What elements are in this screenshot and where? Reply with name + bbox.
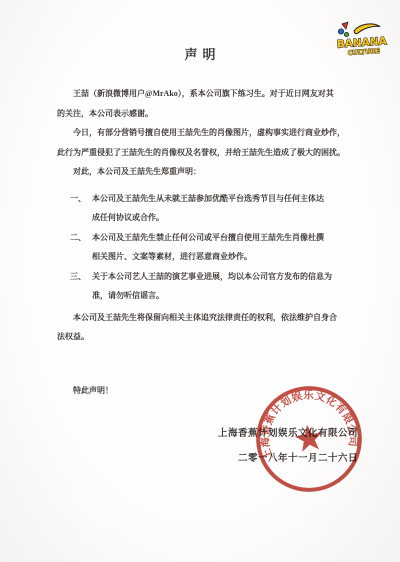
statement-date: 二零一八年十一月二十六日	[218, 447, 358, 472]
confetti-green-icon	[344, 32, 348, 36]
company-name: 上海香蕉计划娱乐文化有限公司	[218, 422, 358, 447]
signature-block: 上海香蕉计划娱乐文化有限公司 二零一八年十一月二十六日	[218, 422, 358, 472]
item-marker: 二、	[70, 228, 92, 267]
confetti-red-icon	[342, 22, 348, 29]
item-marker: 三、	[70, 267, 92, 306]
closing-statement: 特此声明！	[57, 381, 349, 401]
statement-document: BANANA CULTURE 声明 王喆（新浪微博用户@MrAko），系本公司旗…	[0, 0, 400, 562]
declaration-item-2: 二、 本公司及王喆先生禁止任何公司或平台擅自使用王喆先生肖像杜撰 相关图片、文案…	[57, 228, 349, 267]
paragraph-incident: 今日，有部分营销号擅自使用王喆先生的肖像图片，虚构事实进行商业炒作， 此行为严重…	[57, 123, 349, 162]
item-text: 本公司及王喆先生禁止任何公司或平台擅自使用王喆先生肖像杜撰 相关图片、文案等素材…	[92, 228, 349, 267]
paragraph-legal: 本公司及王喆先生将保留向相关主体追究法律责任的权利，依法维护自身合 法权益。	[57, 308, 349, 347]
document-body: 王喆（新浪微博用户@MrAko），系本公司旗下练习生。对于近日网友对其 的关注，…	[57, 84, 349, 408]
item-text: 关于本公司艺人王喆的演艺事业进展，均以本公司官方发布的信息为 准，请勿听信谣言。	[92, 267, 349, 306]
item-text: 本公司及王喆先生从未就王喆参加优酷平台选秀节目与任何主体达 成任何协议或合作。	[92, 189, 349, 228]
item-marker: 一、	[70, 189, 92, 228]
confetti-blue-icon	[338, 29, 343, 34]
declaration-item-1: 一、 本公司及王喆先生从未就王喆参加优酷平台选秀节目与任何主体达 成任何协议或合…	[57, 189, 349, 228]
declaration-list: 一、 本公司及王喆先生从未就王喆参加优酷平台选秀节目与任何主体达 成任何协议或合…	[57, 189, 349, 306]
banana-icon	[354, 24, 380, 34]
document-title: 声明	[0, 44, 400, 63]
declaration-item-3: 三、 关于本公司艺人王喆的演艺事业进展，均以本公司官方发布的信息为 准，请勿听信…	[57, 267, 349, 306]
paragraph-intro: 王喆（新浪微博用户@MrAko），系本公司旗下练习生。对于近日网友对其 的关注，…	[57, 84, 349, 123]
paragraph-declaration-lead: 对此，本公司及王喆先生郑重声明：	[57, 162, 349, 182]
